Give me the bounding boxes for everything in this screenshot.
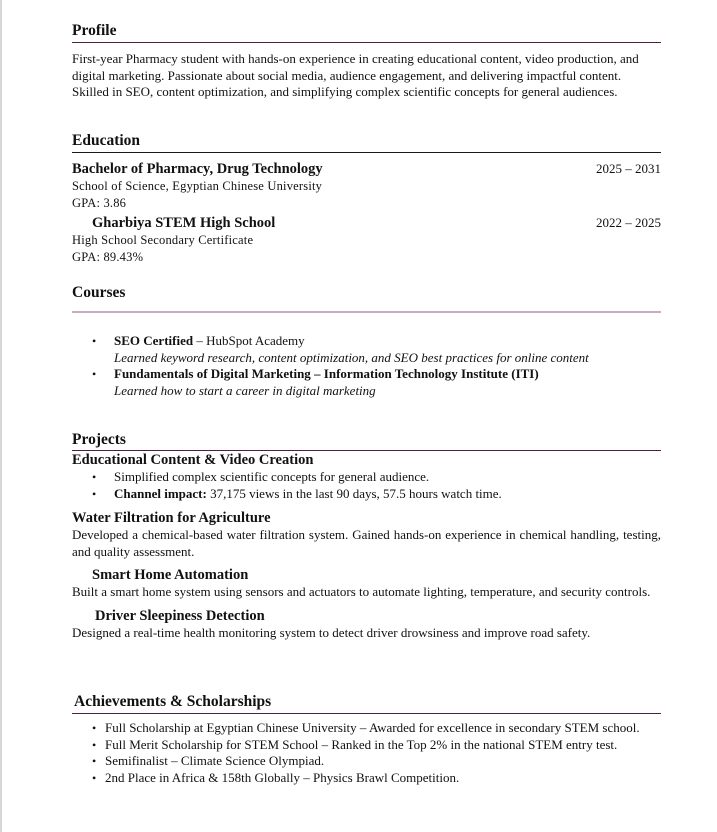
education-section: Education Bachelor of Pharmacy, Drug Tec…	[72, 132, 661, 265]
project-bullet: • Simplified complex scientific concepts…	[114, 469, 661, 486]
course-name: SEO Certified	[114, 333, 193, 348]
school-title: Gharbiya STEM High School	[72, 214, 275, 232]
education-entry: Bachelor of Pharmacy, Drug Technology 20…	[72, 160, 661, 211]
project-title: Water Filtration for Agriculture	[72, 509, 661, 527]
project-desc: Designed a real-time health monitoring s…	[72, 625, 661, 642]
project-desc: Built a smart home system using sensors …	[72, 584, 661, 601]
project-title: Smart Home Automation	[72, 566, 661, 584]
achievement-item: •Full Scholarship at Egyptian Chinese Un…	[105, 720, 661, 737]
course-name: Fundamentals of Digital Marketing – Info…	[114, 366, 539, 381]
project-bullet: • Channel impact: 37,175 views in the la…	[114, 486, 661, 503]
achievement-item: •2nd Place in Africa & 158th Globally – …	[105, 770, 661, 787]
course-item: • Fundamentals of Digital Marketing – In…	[114, 366, 661, 399]
bullet-icon: •	[92, 366, 96, 383]
bullet-icon: •	[92, 486, 96, 503]
projects-heading: Projects	[72, 431, 661, 451]
bullet-icon: •	[92, 753, 96, 770]
school-certificate: High School Secondary Certificate	[72, 232, 661, 249]
education-entry: Gharbiya STEM High School 2022 – 2025 Hi…	[72, 214, 661, 265]
education-heading: Education	[72, 132, 661, 153]
bullet-icon: •	[92, 333, 96, 350]
bullet-icon: •	[92, 770, 96, 787]
bullet-icon: •	[92, 720, 96, 737]
course-desc: Learned keyword research, content optimi…	[114, 350, 589, 365]
achievements-section: Achievements & Scholarships •Full Schola…	[72, 693, 661, 786]
course-provider: HubSpot Academy	[206, 333, 305, 348]
achievements-heading: Achievements & Scholarships	[72, 693, 661, 714]
bullet-icon: •	[92, 469, 96, 486]
courses-divider	[72, 311, 661, 313]
courses-section: Courses • SEO Certified – HubSpot Academ…	[72, 284, 661, 399]
profile-section: Profile First-year Pharmacy student with…	[72, 22, 661, 101]
bullet-icon: •	[92, 737, 96, 754]
school-dates: 2022 – 2025	[596, 215, 661, 231]
project-desc: Developed a chemical-based water filtrat…	[72, 527, 661, 560]
degree-dates: 2025 – 2031	[596, 161, 661, 177]
course-item: • SEO Certified – HubSpot Academy Learne…	[114, 333, 661, 366]
profile-text: First-year Pharmacy student with hands-o…	[72, 51, 661, 101]
achievement-item: •Semifinalist – Climate Science Olympiad…	[105, 753, 661, 770]
school-gpa: GPA: 89.43%	[72, 249, 661, 266]
page-edge	[0, 0, 2, 832]
courses-heading: Courses	[72, 284, 661, 302]
course-desc: Learned how to start a career in digital…	[114, 383, 376, 398]
projects-section: Projects Educational Content & Video Cre…	[72, 431, 661, 641]
degree-title: Bachelor of Pharmacy, Drug Technology	[72, 160, 323, 178]
project-title: Educational Content & Video Creation	[72, 451, 661, 469]
degree-school: School of Science, Egyptian Chinese Univ…	[72, 178, 661, 195]
degree-gpa: GPA: 3.86	[72, 195, 661, 212]
achievement-item: •Full Merit Scholarship for STEM School …	[105, 737, 661, 754]
profile-heading: Profile	[72, 22, 661, 43]
project-title: Driver Sleepiness Detection	[72, 607, 661, 625]
